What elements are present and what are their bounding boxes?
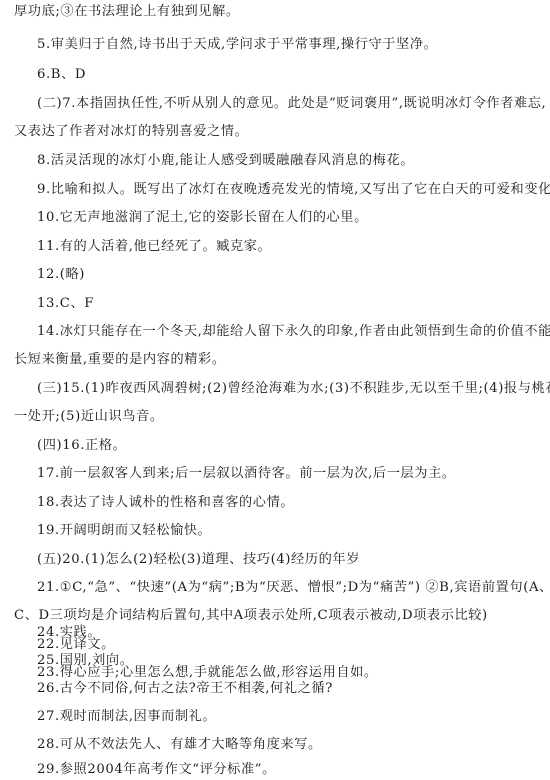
answer-line-4-continuation: 厚功底;③在书法理论上有独到见解。 <box>14 4 542 20</box>
answer-9: 9.比喻和拟人。既写出了冰灯在夜晚透亮发光的情境,又写出了它在白天的可爱和变化。 <box>37 182 542 198</box>
answer-12: 12.(略) <box>37 267 542 283</box>
answer-10: 10.它无声地滋润了泥土,它的姿影长留在人们的心里。 <box>37 210 542 226</box>
answer-13: 13.C、F <box>37 296 542 312</box>
answer-11: 11.有的人活着,他已经死了。臧克家。 <box>37 239 542 255</box>
answer-6: 6.B、D <box>37 67 542 83</box>
answer-key-page: 厚功底;③在书法理论上有独到见解。 5.审美归于自然,诗书出于天成,学问求于平常… <box>0 0 550 780</box>
answer-5: 5.审美归于自然,诗书出于天成,学问求于平常事理,操行守于坚净。 <box>37 37 542 53</box>
answer-21-line-2: C、D三项均是介词结构后置句,其中A项表示处所,C项表示被动,D项表示比较) <box>14 608 542 624</box>
answer-15-line-1: (三)15.(1)昨夜西风凋碧树;(2)曾经沧海难为水;(3)不积跬步,无以至千… <box>37 381 542 397</box>
answer-7-line-2: 又表达了作者对冰灯的特别喜爱之情。 <box>14 124 542 140</box>
answer-24: 24.实践。 <box>37 625 542 641</box>
answer-20: (五)20.(1)怎么(2)轻松(3)道理、技巧(4)经历的年岁 <box>37 552 542 568</box>
answer-25: 25.国别,刘向。 <box>37 653 542 669</box>
answer-14-line-2: 长短来衡量,重要的是内容的精彩。 <box>14 352 542 368</box>
answer-8: 8.活灵活现的冰灯小鹿,能让人感受到暖融融春风消息的梅花。 <box>37 153 542 169</box>
answer-18: 18.表达了诗人诚朴的性格和喜客的心情。 <box>37 495 542 511</box>
answer-7-line-1: (二)7.本指固执任性,不听从别人的意见。此处是“贬词褒用”,既说明冰灯令作者难… <box>37 96 542 112</box>
answer-15-line-2: 一处开;(5)近山识鸟音。 <box>14 409 542 425</box>
answer-21-line-1: 21.①C,“急”、“快速”(A为“病”;B为“厌恶、憎恨”;D为“痛苦”) ②… <box>37 580 542 596</box>
answer-14-line-1: 14.冰灯只能存在一个冬天,却能给人留下永久的印象,作者由此领悟到生命的价值不能… <box>37 324 542 340</box>
answer-16: (四)16.正格。 <box>37 438 542 454</box>
answer-19: 19.开阔明朗而又轻松愉快。 <box>37 523 542 539</box>
answer-17: 17.前一层叙客人到来;后一层叙以酒待客。前一层为次,后一层为主。 <box>37 466 542 482</box>
